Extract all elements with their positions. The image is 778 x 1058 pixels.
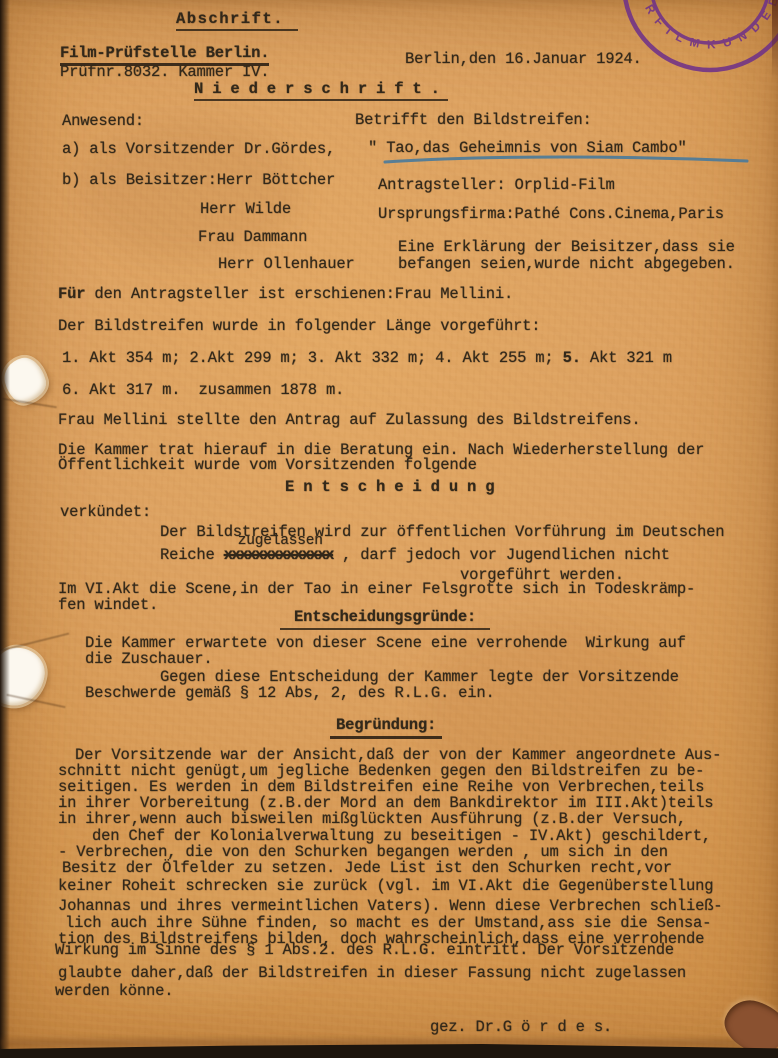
declaration-line-2: befangen seien,wurde nicht abgegeben. [398, 255, 735, 273]
pronounced-label: verkündet: [60, 503, 151, 521]
begruendung-line: Wirkung im Sinne des § 1 Abs.2. des R.L.… [55, 941, 674, 959]
begruendung-line: in ihrer,wenn auch bisweilen mißglückten… [58, 810, 686, 828]
begruendung-line: Johannas und ihres vermeintlichen Vaters… [58, 897, 722, 915]
acts-line-2: 6. Akt 317 m. zusammen 1878 m. [62, 381, 344, 399]
gruende-heading: Entscheidungsgründe: [280, 608, 490, 626]
file-number: Prüfnr.8032. Kammer IV. [60, 63, 269, 81]
length-intro-line: Der Bildstreifen wurde in folgender Läng… [58, 317, 540, 335]
office-name: Film-Prüfstelle Berlin. [60, 44, 269, 62]
heading-niederschrift-text: N i e d e r s c h r i f t . [194, 80, 448, 101]
declaration-line-1: Eine Erklärung der Beisitzer,dass sie [398, 238, 735, 256]
acts-pre: 1. Akt 354 m; 2.Akt 299 m; 3. Akt 332 m;… [62, 349, 563, 367]
inserted-word: zugelassen [238, 533, 323, 549]
scan-left-shadow [0, 0, 10, 1058]
signature-line: gez. Dr.G ö r d e s. [430, 1018, 612, 1036]
gruende-p1-line-2: die Zuschauer. [85, 650, 212, 668]
stamp-arc-text: R F I L M K U N D E B [642, 0, 778, 52]
decision-line-2-post: , darf jedoch vor Jugendlichen nicht [333, 546, 670, 564]
applicant-line: Antragsteller: Orplid-Film [378, 176, 615, 194]
origin-company-line: Ursprungsfirma:Pathé Cons.Cinema,Paris [378, 205, 724, 223]
acts-line-1: 1. Akt 354 m; 2.Akt 299 m; 3. Akt 332 m;… [62, 349, 672, 367]
begruendung-heading: Begründung: [330, 716, 442, 734]
subject-label: Betrifft den Bildstreifen: [355, 111, 592, 129]
acts-bold-five: 5. [563, 349, 581, 367]
begruendung-heading-text: Begründung: [330, 716, 442, 739]
begruendung-line: Besitz der Ölfelder zu setzen. Jede List… [62, 859, 672, 877]
deliberation-line-2: Öffentlichkeit wurde vom Vorsitzenden fo… [58, 456, 477, 474]
heading-abschrift-text: Abschrift. [176, 10, 298, 31]
begruendung-line: keiner Roheit schrecken sie zurück (vgl.… [58, 877, 713, 895]
correction-group: zugelassenxxxxxxxxxxxxxx [224, 546, 333, 564]
assessor-line: b) als Beisitzer:Herr Böttcher [62, 171, 335, 189]
chairman-line: a) als Vorsitzender Dr.Gördes, [62, 140, 335, 158]
attendees-label: Anwesend: [62, 112, 144, 130]
begruendung-line: werden könne. [55, 982, 173, 1000]
archive-stamp-icon: R F I L M K U N D E B ✳ [598, 0, 778, 92]
decision-heading: E n t s c h e i d u n g [285, 478, 494, 496]
begruendung-line: glaubte daher,daß der Bildstreifen in di… [58, 964, 686, 982]
appeared-rest: den Antragsteller ist erschienen:Frau Me… [85, 285, 513, 303]
assessor-dammann: Frau Dammann [198, 228, 307, 246]
scene-restriction-line-2: fen windet. [58, 596, 158, 614]
gruende-heading-text: Entscheidungsgründe: [280, 608, 490, 630]
film-title-underline-ink [381, 153, 753, 167]
decision-line-2-pre: Reiche [160, 546, 224, 564]
decision-line-2: Reiche zugelassenxxxxxxxxxxxxxx , darf j… [160, 546, 670, 564]
assessor-ollenhauer: Herr Ollenhauer [218, 255, 355, 273]
application-line: Frau Mellini stellte den Antrag auf Zula… [58, 411, 641, 429]
appeared-line: Für den Antragsteller ist erschienen:Fra… [58, 285, 513, 303]
appeared-bold: Für [58, 285, 85, 303]
acts-post: Akt 321 m [581, 349, 672, 367]
assessor-wilde: Herr Wilde [200, 200, 291, 218]
scanned-document-page: Abschrift. Film-Prüfstelle Berlin. Prüfn… [0, 0, 778, 1058]
svg-text:R F I L M K U N D E B: R F I L M K U N D E B [642, 0, 778, 52]
heading-niederschrift: N i e d e r s c h r i f t . [194, 80, 448, 98]
scan-right-edge [772, 0, 778, 80]
heading-abschrift: Abschrift. [176, 10, 298, 28]
gruende-p2-line-2: Beschwerde gemäß § 12 Abs, 2, des R.L.G.… [85, 684, 495, 702]
